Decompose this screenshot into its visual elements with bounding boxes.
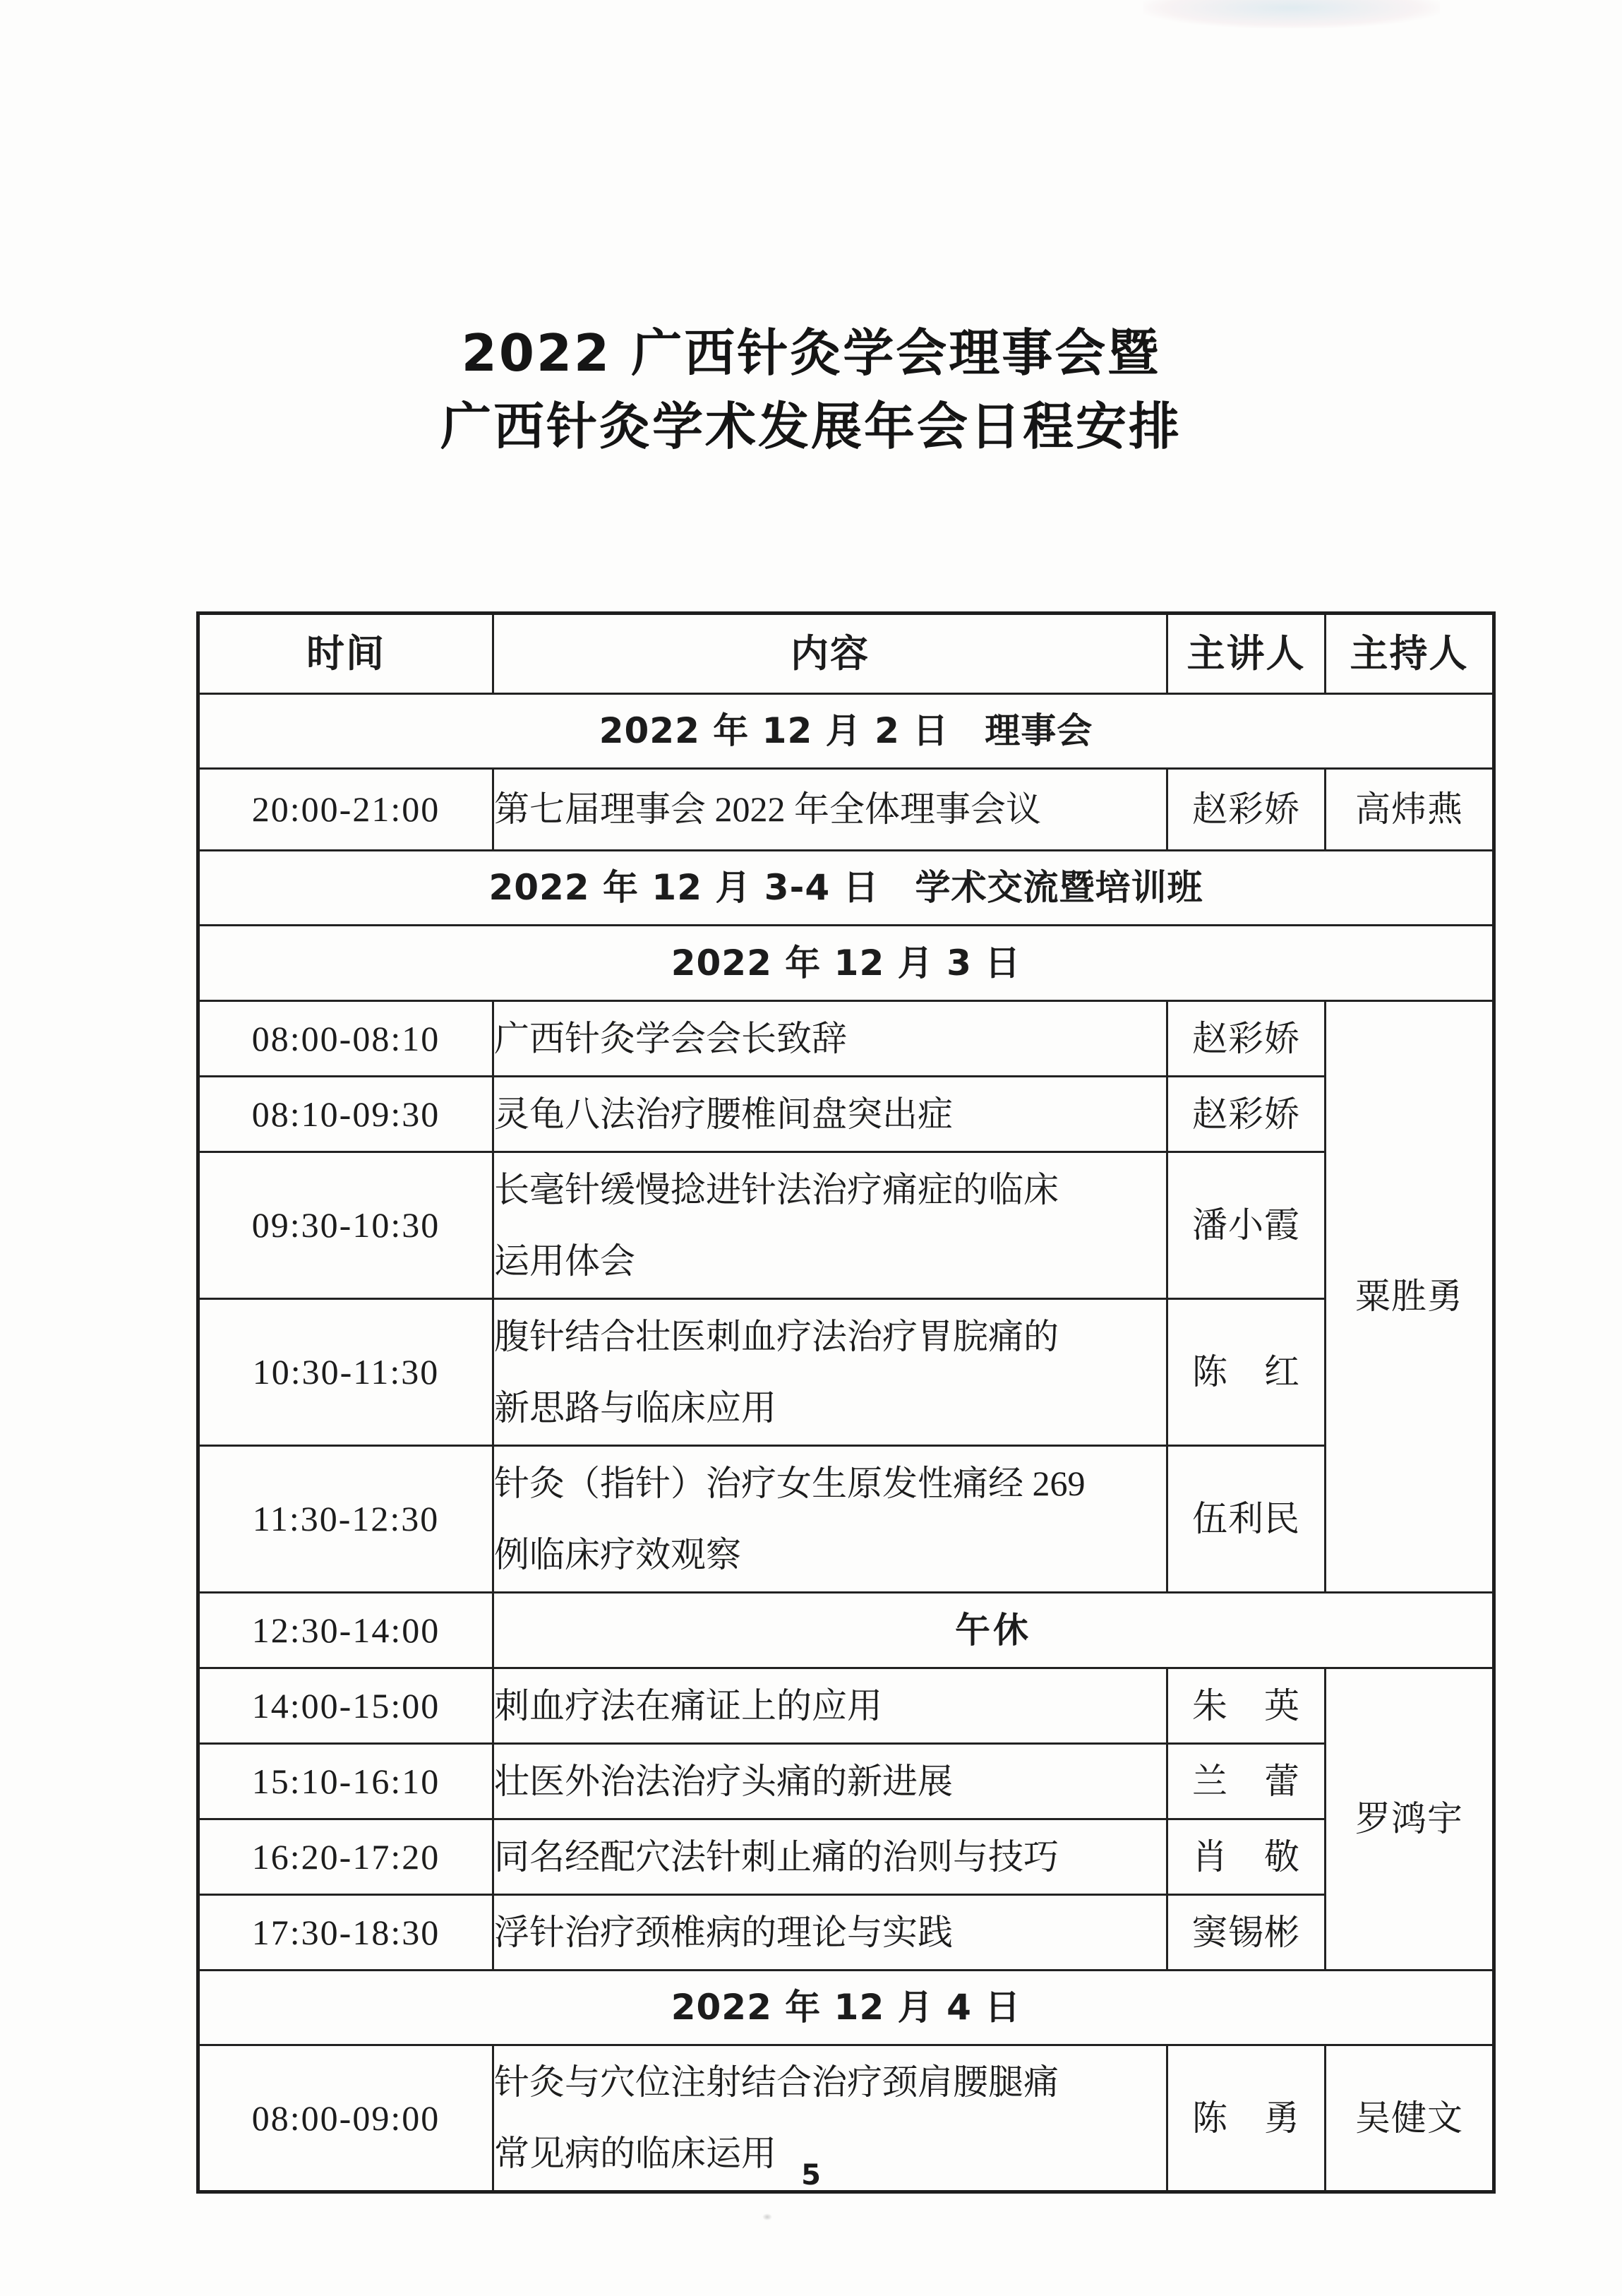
time-cell: 10:30-11:30	[198, 1299, 493, 1446]
schedule-row: 11:30-12:30 针灸（指针）治疗女生原发性痛经 269 例临床疗效观察 …	[198, 1446, 1494, 1593]
header-cell-content: 内容	[493, 614, 1167, 694]
time-cell: 11:30-12:30	[198, 1446, 493, 1593]
section-label-dec2: 2022 年 12 月 2 日 理事会	[198, 694, 1494, 769]
schedule-row: 15:10-16:10 壮医外治法治疗头痛的新进展 兰 蕾	[198, 1744, 1494, 1819]
header-cell-host: 主持人	[1326, 614, 1494, 694]
speaker-cell: 兰 蕾	[1167, 1744, 1326, 1819]
speaker-cell: 赵彩娇	[1167, 1077, 1326, 1152]
speaker-cell: 肖 敬	[1167, 1819, 1326, 1895]
schedule-row: 16:20-17:20 同名经配穴法针刺止痛的治则与技巧 肖 敬	[198, 1819, 1494, 1895]
speaker-cell: 朱 英	[1167, 1668, 1326, 1744]
schedule-row: 20:00-21:00 第七届理事会 2022 年全体理事会议 赵彩娇 高炜燕	[198, 769, 1494, 851]
page-number: 5	[0, 2159, 1622, 2192]
time-cell: 14:00-15:00	[198, 1668, 493, 1744]
schedule-row: 17:30-18:30 浮针治疗颈椎病的理论与实践 窦锡彬	[198, 1895, 1494, 1971]
time-cell: 08:10-09:30	[198, 1077, 493, 1152]
speaker-cell: 伍利民	[1167, 1446, 1326, 1593]
title-line-1: 2022 广西针灸学会理事会暨	[0, 316, 1622, 390]
header-cell-time: 时间	[198, 614, 493, 694]
section-row-dec34: 2022 年 12 月 3-4 日 学术交流暨培训班	[198, 851, 1494, 926]
time-cell: 09:30-10:30	[198, 1152, 493, 1299]
speaker-cell: 窦锡彬	[1167, 1895, 1326, 1971]
schedule-row: 08:10-09:30 灵龟八法治疗腰椎间盘突出症 赵彩娇	[198, 1077, 1494, 1152]
content-cell: 第七届理事会 2022 年全体理事会议	[493, 769, 1167, 851]
time-cell: 20:00-21:00	[198, 769, 493, 851]
section-label-dec4: 2022 年 12 月 4 日	[198, 1971, 1494, 2045]
host-cell: 高炜燕	[1326, 769, 1494, 851]
host-cell-morning: 粟胜勇	[1326, 1001, 1494, 1593]
time-cell: 15:10-16:10	[198, 1744, 493, 1819]
content-cell: 广西针灸学会会长致辞	[493, 1001, 1167, 1077]
time-cell: 17:30-18:30	[198, 1895, 493, 1971]
schedule-row: 09:30-10:30 长毫针缓慢捻进针法治疗痛症的临床 运用体会 潘小霞	[198, 1152, 1494, 1299]
content-cell: 同名经配穴法针刺止痛的治则与技巧	[493, 1819, 1167, 1895]
section-label-dec34: 2022 年 12 月 3-4 日 学术交流暨培训班	[198, 851, 1494, 926]
time-cell: 08:00-08:10	[198, 1001, 493, 1077]
document-title: 2022 广西针灸学会理事会暨 广西针灸学术发展年会日程安排	[0, 316, 1622, 464]
break-row: 12:30-14:00 午休	[198, 1593, 1494, 1668]
table-header-row: 时间 内容 主讲人 主持人	[198, 614, 1494, 694]
speaker-cell: 赵彩娇	[1167, 769, 1326, 851]
content-cell: 浮针治疗颈椎病的理论与实践	[493, 1895, 1167, 1971]
break-cell: 午休	[493, 1593, 1494, 1668]
content-cell: 长毫针缓慢捻进针法治疗痛症的临床 运用体会	[493, 1152, 1167, 1299]
content-cell: 灵龟八法治疗腰椎间盘突出症	[493, 1077, 1167, 1152]
content-cell: 壮医外治法治疗头痛的新进展	[493, 1744, 1167, 1819]
speaker-cell: 赵彩娇	[1167, 1001, 1326, 1077]
speaker-cell: 陈 红	[1167, 1299, 1326, 1446]
content-cell: 针灸（指针）治疗女生原发性痛经 269 例临床疗效观察	[493, 1446, 1167, 1593]
section-label-dec3: 2022 年 12 月 3 日	[198, 926, 1494, 1001]
content-cell: 腹针结合壮医刺血疗法治疗胃脘痛的 新思路与临床应用	[493, 1299, 1167, 1446]
scan-smudge-bottom	[762, 2213, 772, 2220]
header-cell-speaker: 主讲人	[1167, 614, 1326, 694]
schedule-row: 14:00-15:00 刺血疗法在痛证上的应用 朱 英 罗鸿宇	[198, 1668, 1494, 1744]
speaker-cell: 潘小霞	[1167, 1152, 1326, 1299]
schedule-table: 时间 内容 主讲人 主持人 2022 年 12 月 2 日 理事会 20:00-…	[196, 611, 1496, 2194]
scan-smudge-top	[1143, 0, 1440, 28]
time-cell: 12:30-14:00	[198, 1593, 493, 1668]
time-cell: 16:20-17:20	[198, 1819, 493, 1895]
document-page: 2022 广西针灸学会理事会暨 广西针灸学术发展年会日程安排 时间 内容 主讲人…	[0, 0, 1622, 2296]
schedule-row: 08:00-08:10 广西针灸学会会长致辞 赵彩娇 粟胜勇	[198, 1001, 1494, 1077]
host-cell-afternoon: 罗鸿宇	[1326, 1668, 1494, 1971]
section-row-dec3: 2022 年 12 月 3 日	[198, 926, 1494, 1001]
title-line-2: 广西针灸学术发展年会日程安排	[0, 390, 1622, 463]
section-row-dec4: 2022 年 12 月 4 日	[198, 1971, 1494, 2045]
section-row-dec2: 2022 年 12 月 2 日 理事会	[198, 694, 1494, 769]
schedule-row: 10:30-11:30 腹针结合壮医刺血疗法治疗胃脘痛的 新思路与临床应用 陈 …	[198, 1299, 1494, 1446]
content-cell: 刺血疗法在痛证上的应用	[493, 1668, 1167, 1744]
